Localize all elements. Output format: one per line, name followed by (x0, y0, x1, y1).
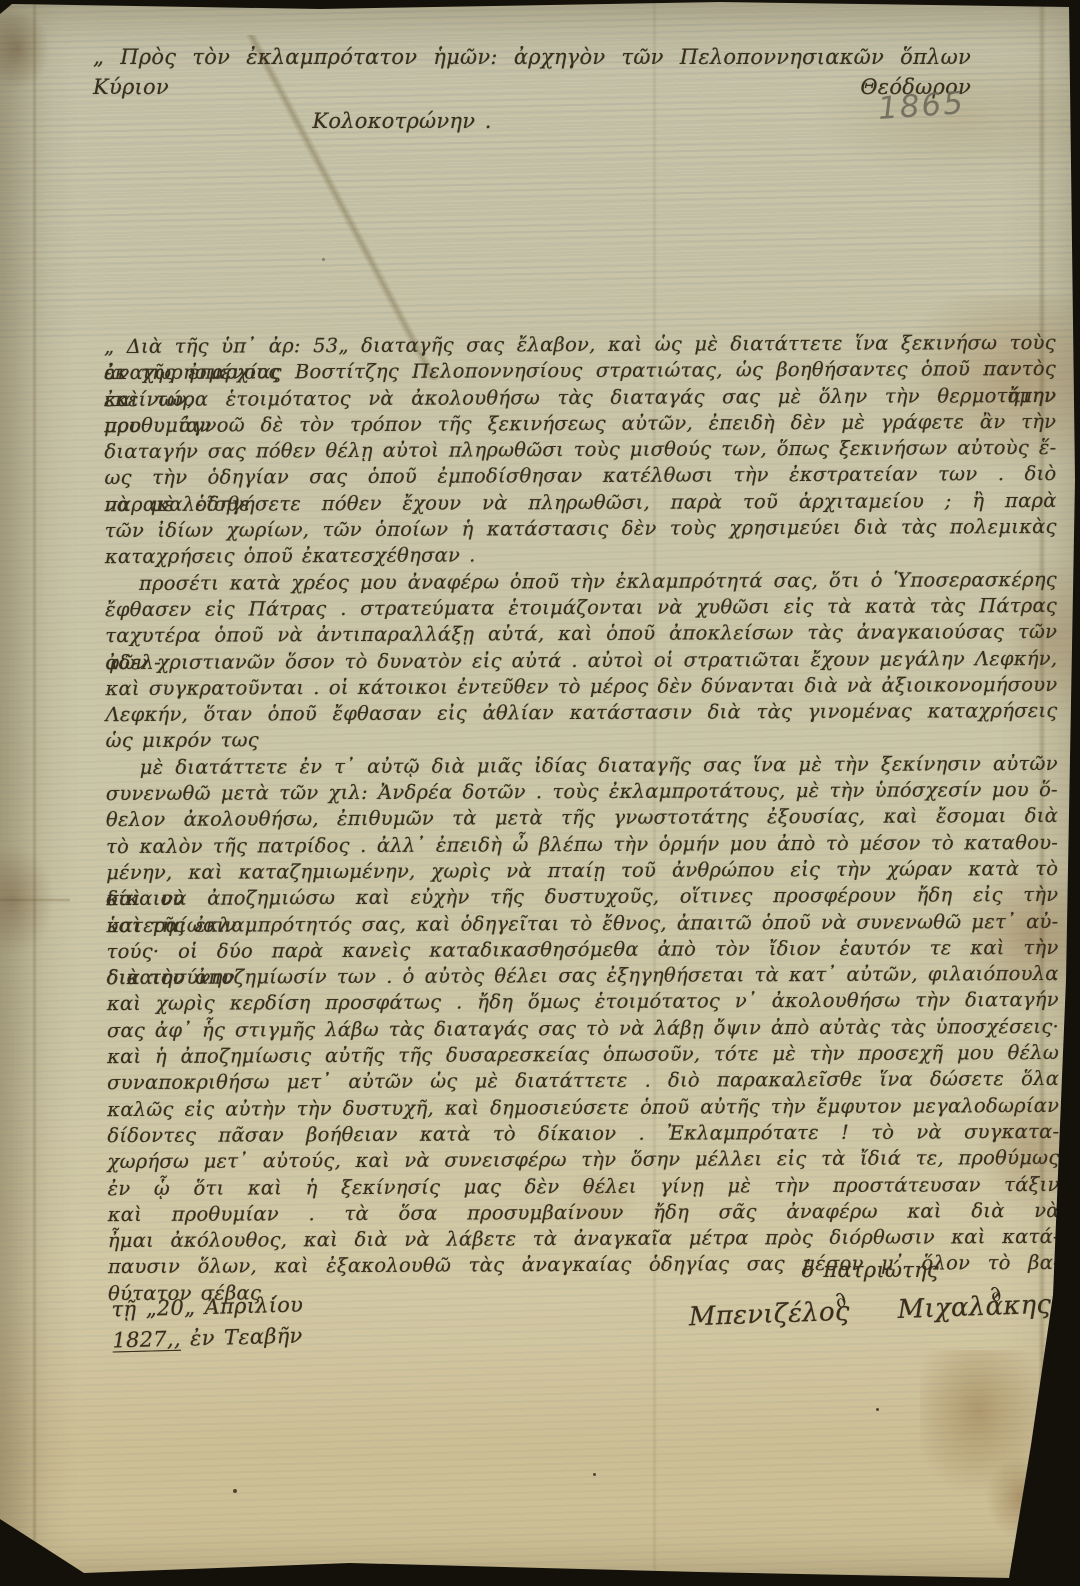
manuscript-line: ἐκ τῆς ἐπαρχίας Βοστίτζης Πελοποννησίους… (104, 356, 1056, 386)
manuscript-line: καὶ ἡ ἀποζημίωσις αὐτῆς τῆς δυσαρεσκείας… (107, 1040, 1059, 1070)
manuscript-line: ως τὴν ὁδηγίαν σας ὁποῦ ἐμποδίσθησαν κατ… (104, 461, 1056, 491)
address-header: „ Πρὸς τὸν ἐκλαμπρότατον ἡμῶν: ἀρχηγὸν τ… (93, 42, 971, 136)
manuscript-line: καὶ συγκρατοῦνται . οἱ κάτοικοι ἐντεῦθεν… (105, 672, 1057, 702)
manuscript-body: „ Διὰ τῆς ὑπ᾿ ἀρ: 53„ διαταγῆς σας ἔλαβο… (104, 330, 1060, 1307)
manuscript-line: ἐν ᾧ ὅτι καὶ ἡ ξεκίνησίς μας δὲν θέλει γ… (108, 1171, 1060, 1201)
manuscript-line: μου . ἀγνοῶ δὲ τὸν τρόπον τῆς ξεκινήσεως… (104, 409, 1056, 439)
manuscript-line: χωρήσω μετ᾿ αὐτούς, καὶ νὰ συνεισφέρω τὴ… (107, 1145, 1059, 1175)
dateline-day-month: τῇ „20„ Ἀπριλίου (111, 1290, 303, 1326)
manuscript-line: καὶ προθυμίαν . τὰ ὅσα προσυμβαίνουν ἤδη… (108, 1198, 1060, 1228)
manuscript-line: σας ἀφ᾿ ἧς στιγμῆς λάβω τὰς διαταγάς σας… (107, 1014, 1059, 1044)
manuscript-line: νὰ μὲ ὁδηγήσετε πόθεν ἔχουν νὰ πληρωθῶσι… (105, 488, 1057, 518)
manuscript-line: καταχρήσεις ὁποῦ ἐκατεσχέθησαν . (105, 540, 1057, 570)
manuscript-line: προσέτι κατὰ χρέος μου ἀναφέρω ὁποῦ τὴν … (105, 567, 1057, 597)
manuscript-line: Λεφκήν, ὅταν ὁποῦ ἔφθασαν εἰς ἀθλίαν κατ… (105, 698, 1057, 728)
document-scan: „ Πρὸς τὸν ἐκλαμπρότατον ἡμῶν: ἀρχηγὸν τ… (0, 0, 1080, 1586)
manuscript-line: ὡς μικρόν τως (106, 724, 1058, 754)
letter-page: „ Πρὸς τὸν ἐκλαμπρότατον ἡμῶν: ἀρχηγὸν τ… (0, 0, 1080, 1586)
dateline-year: 1827,, (112, 1327, 181, 1353)
manuscript-line: διὰ τὴν ἀποζημίωσίν των . ὁ αὐτὸς θέλει … (107, 961, 1059, 991)
manuscript-line: συναποκριθήσω μετ᾿ αὐτῶν ὡς μὲ διατάττετ… (107, 1066, 1059, 1096)
manuscript-line: τῶν ἰδίων χωρίων, τῶν ὁποίων ἡ κατάστασι… (105, 514, 1057, 544)
header-line-1: „ Πρὸς τὸν ἐκλαμπρότατον ἡμῶν: ἀρχηγὸν τ… (93, 42, 971, 102)
ink-speck (322, 258, 325, 261)
dateline-place: ἐν Τεαβῆν (180, 1324, 302, 1351)
manuscript-line: θελον ἀκολουθήσω, ἐπιθυμῶν τὰ μετὰ τῆς γ… (106, 803, 1058, 833)
manuscript-line: „ Διὰ τῆς ὑπ᾿ ἀρ: 53„ διαταγῆς σας ἔλαβο… (104, 330, 1056, 360)
manuscript-line: ταχυτέρα ὁποῦ νὰ ἀντιπαραλλάξῃ αὐτά, καὶ… (105, 619, 1057, 649)
manuscript-line: δίδοντες πᾶσαν βοήθειαν κατὰ τὸ δίκαιον … (107, 1119, 1059, 1149)
dateline-year-place: 1827,, ἐν Τεαβῆν (112, 1320, 304, 1356)
manuscript-line: καὶ χωρὶς κερδίση προσφάτως . ἤδη ὅμως ἑ… (107, 987, 1059, 1017)
scan-background: { "archive_number": "1865", "header": { … (0, 0, 1080, 1586)
manuscript-line: τούς· οἱ δύο παρὰ κανεὶς καταδικασθησόμε… (107, 935, 1059, 965)
manuscript-line: μὲ διατάττετε ἐν τ᾿ αὐτῷ διὰ μιᾶς ἰδίας … (106, 751, 1058, 781)
dateline: τῇ „20„ Ἀπριλίου 1827,, ἐν Τεαβῆν (111, 1290, 304, 1357)
manuscript-line: καλῶς εἰς αὐτὴν τὴν δυστυχῆ, καὶ δημοσιε… (107, 1093, 1059, 1123)
manuscript-line: καὶ τώρα ἑτοιμότατος νὰ ἀκολουθήσω τὰς δ… (104, 383, 1056, 413)
manuscript-line: τὸ καλὸν τῆς πατρίδος . ἀλλ᾿ ἐπειδὴ ὦ βλ… (106, 830, 1058, 860)
manuscript-line: καὶ νὰ ἀποζημιώσω καὶ εὐχὴν τῆς δυστυχοῦ… (106, 882, 1058, 912)
manuscript-line: ἦμαι ἀκόλουθος, καὶ διὰ νὰ λάβετε τὰ ἀνα… (108, 1224, 1060, 1254)
manuscript-line: φῶν χριστιανῶν ὅσον τὸ δυνατὸν εἰς αὐτά … (105, 645, 1057, 675)
signature-first-name: Μπενιζέλος (688, 1297, 850, 1333)
ink-speck (593, 1473, 596, 1476)
header-line-2: Κολοκοτρώνην . (93, 106, 971, 136)
manuscript-line: διαταγήν σας πόθεν θέλῃ αὐτοὶ πληρωθῶσι … (104, 435, 1056, 465)
archive-number: 1865 (877, 85, 966, 127)
manuscript-line: συνενωθῶ μετὰ τῶν χιλ: Ἀνδρέα δοτῶν . το… (106, 777, 1058, 807)
manuscript-line: μένην, καὶ καταζημιωμένην, χωρὶς νὰ πταί… (106, 856, 1058, 886)
ink-speck (876, 1408, 879, 1411)
signature-last-name: Μιχαλάκης (897, 1290, 1052, 1325)
manuscript-line: ἔφθασεν εἰς Πάτρας . στρατεύματα ἑτοιμάζ… (105, 593, 1057, 623)
manuscript-line: καὶ τῆς ἐκλαμπρότητός σας, καὶ ὁδηγεῖται… (106, 908, 1058, 938)
ink-speck (233, 1489, 237, 1493)
closing-salutation: ὁ πατριώτης (690, 1258, 1050, 1282)
